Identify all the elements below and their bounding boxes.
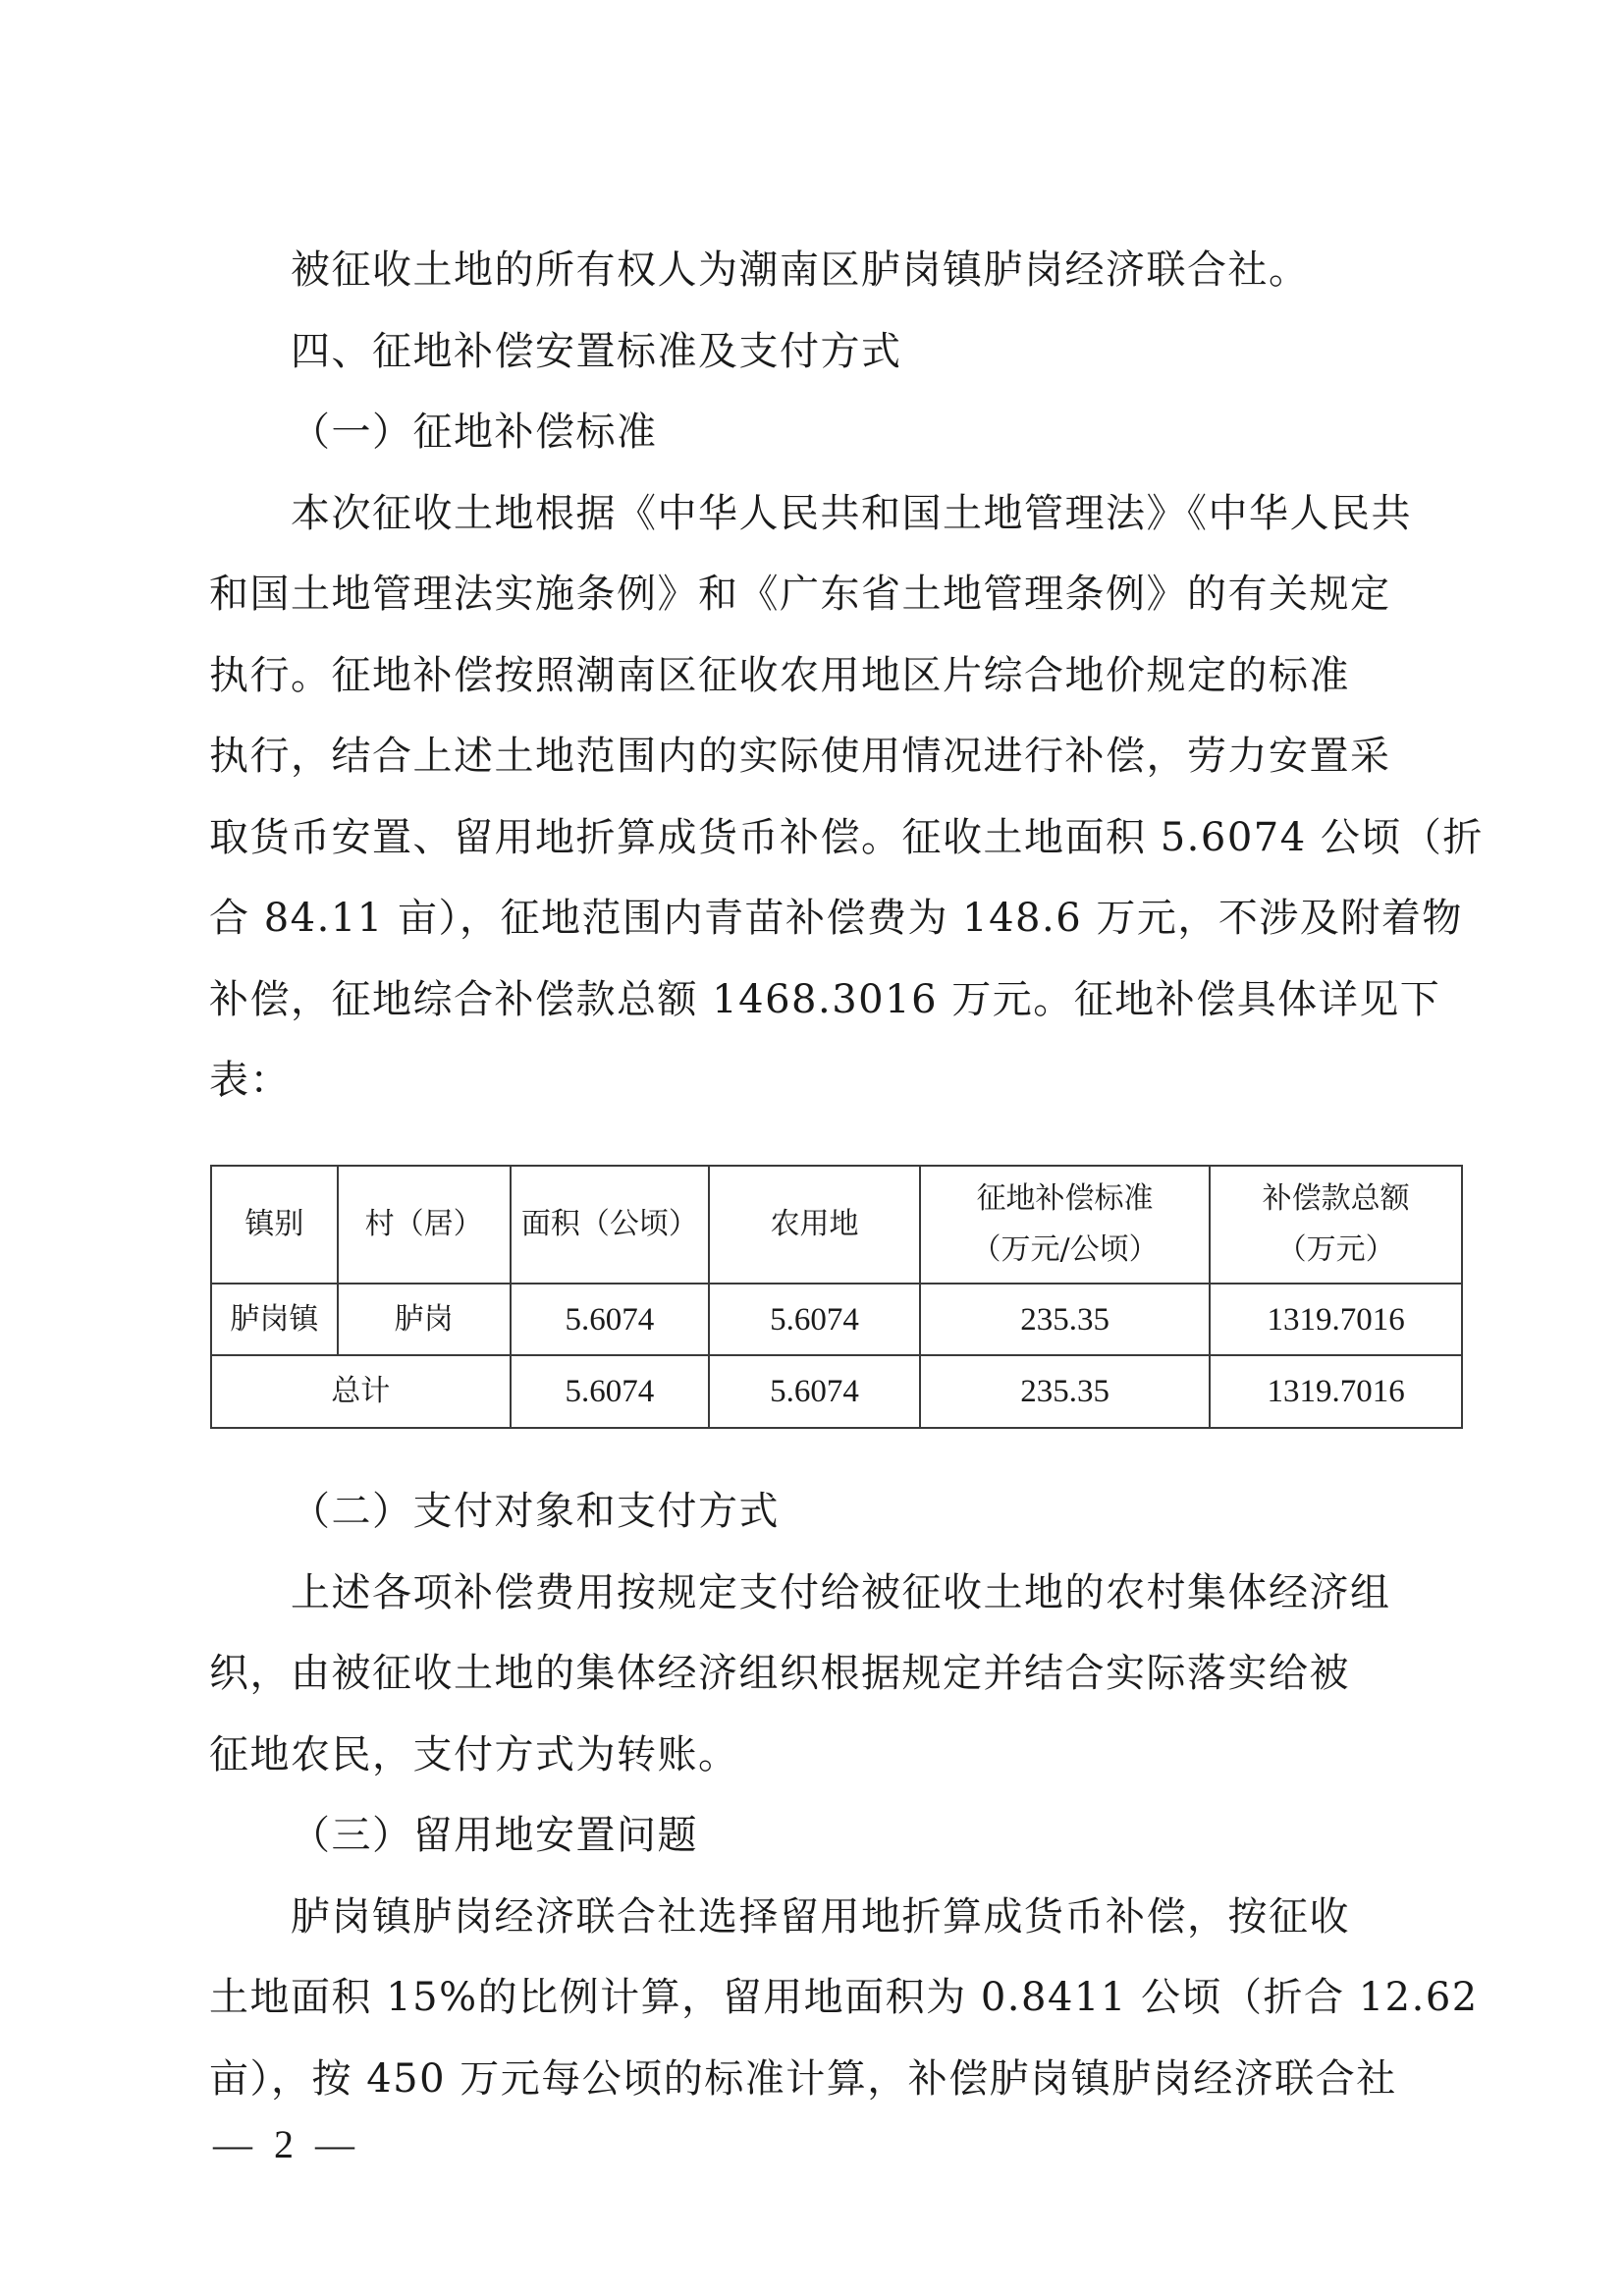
summary-area: 5.6074 [511, 1355, 710, 1428]
paragraph-line: 执行，结合上述土地范围内的实际使用情况进行补偿，劳力安置采 [209, 716, 1436, 797]
summary-total: 1319.7016 [1210, 1355, 1462, 1428]
paragraph-line: 胪岗镇胪岗经济联合社选择留用地折算成货币补偿，按征收 [209, 1877, 1436, 1958]
header-standard-line2: （万元/公顷） [921, 1225, 1209, 1276]
compensation-table: 镇别 村（居） 面积（公顷） 农用地 征地补偿标准 （万元/公顷） 补偿款总额 … [210, 1165, 1463, 1429]
subsection-2-title: （二）支付对象和支付方式 [209, 1471, 1436, 1553]
header-total-line2: （万元） [1211, 1225, 1461, 1276]
page-number: — 2 — [213, 2121, 360, 2167]
summary-farmland: 5.6074 [709, 1355, 920, 1428]
cell-area: 5.6074 [511, 1284, 710, 1355]
subsection-3-title: （三）留用地安置问题 [209, 1795, 1436, 1877]
header-farmland: 农用地 [709, 1166, 920, 1284]
text-block-bottom: （二）支付对象和支付方式 上述各项补偿费用按规定支付给被征收土地的农村集体经济组… [209, 1471, 1436, 2119]
paragraph-line: 织，由被征收土地的集体经济组织根据规定并结合实际落实给被 [209, 1633, 1436, 1715]
subsection-1-title: （一）征地补偿标准 [209, 392, 1436, 473]
cell-total: 1319.7016 [1210, 1284, 1462, 1355]
paragraph-line: 补偿，征地综合补偿款总额 1468.3016 万元。征地补偿具体详见下 [209, 959, 1436, 1041]
header-standard-line1: 征地补偿标准 [921, 1174, 1209, 1225]
paragraph-line: 征地农民，支付方式为转账。 [209, 1715, 1436, 1796]
header-town: 镇别 [211, 1166, 338, 1284]
summary-standard: 235.35 [920, 1355, 1210, 1428]
table-header-row: 镇别 村（居） 面积（公顷） 农用地 征地补偿标准 （万元/公顷） 补偿款总额 … [211, 1166, 1462, 1284]
cell-town: 胪岗镇 [211, 1284, 338, 1355]
cell-farmland: 5.6074 [709, 1284, 920, 1355]
document-page: 被征收土地的所有权人为潮南区胪岗镇胪岗经济联合社。 四、征地补偿安置标准及支付方… [0, 0, 1623, 2296]
paragraph-line: 取货币安置、留用地折算成货币补偿。征收土地面积 5.6074 公顷（折 [209, 797, 1436, 879]
paragraph-line: 执行。征地补偿按照潮南区征收农用地区片综合地价规定的标准 [209, 635, 1436, 717]
section-4-title: 四、征地补偿安置标准及支付方式 [209, 311, 1436, 393]
table-row: 胪岗镇 胪岗 5.6074 5.6074 235.35 1319.7016 [211, 1284, 1462, 1355]
owner-paragraph: 被征收土地的所有权人为潮南区胪岗镇胪岗经济联合社。 [209, 230, 1436, 311]
cell-village: 胪岗 [338, 1284, 511, 1355]
header-standard: 征地补偿标准 （万元/公顷） [920, 1166, 1210, 1284]
header-area: 面积（公顷） [511, 1166, 710, 1284]
paragraph-line: 本次征收土地根据《中华人民共和国土地管理法》《中华人民共 [209, 473, 1436, 555]
paragraph-line: 上述各项补偿费用按规定支付给被征收土地的农村集体经济组 [209, 1553, 1436, 1634]
paragraph-line: 合 84.11 亩），征地范围内青苗补偿费为 148.6 万元，不涉及附着物 [209, 878, 1436, 959]
table-summary-row: 总计 5.6074 5.6074 235.35 1319.7016 [211, 1355, 1462, 1428]
paragraph-line: 土地面积 15%的比例计算，留用地面积为 0.8411 公顷（折合 12.62 [209, 1957, 1436, 2039]
paragraph-line: 亩），按 450 万元每公顷的标准计算，补偿胪岗镇胪岗经济联合社 [209, 2039, 1436, 2120]
cell-standard: 235.35 [920, 1284, 1210, 1355]
summary-label: 总计 [211, 1355, 511, 1428]
header-total-line1: 补偿款总额 [1211, 1174, 1461, 1225]
header-village: 村（居） [338, 1166, 511, 1284]
text-block-top: 被征收土地的所有权人为潮南区胪岗镇胪岗经济联合社。 四、征地补偿安置标准及支付方… [209, 230, 1436, 1121]
header-total: 补偿款总额 （万元） [1210, 1166, 1462, 1284]
paragraph-line: 表： [209, 1040, 1436, 1121]
paragraph-line: 和国土地管理法实施条例》和《广东省土地管理条例》的有关规定 [209, 554, 1436, 635]
